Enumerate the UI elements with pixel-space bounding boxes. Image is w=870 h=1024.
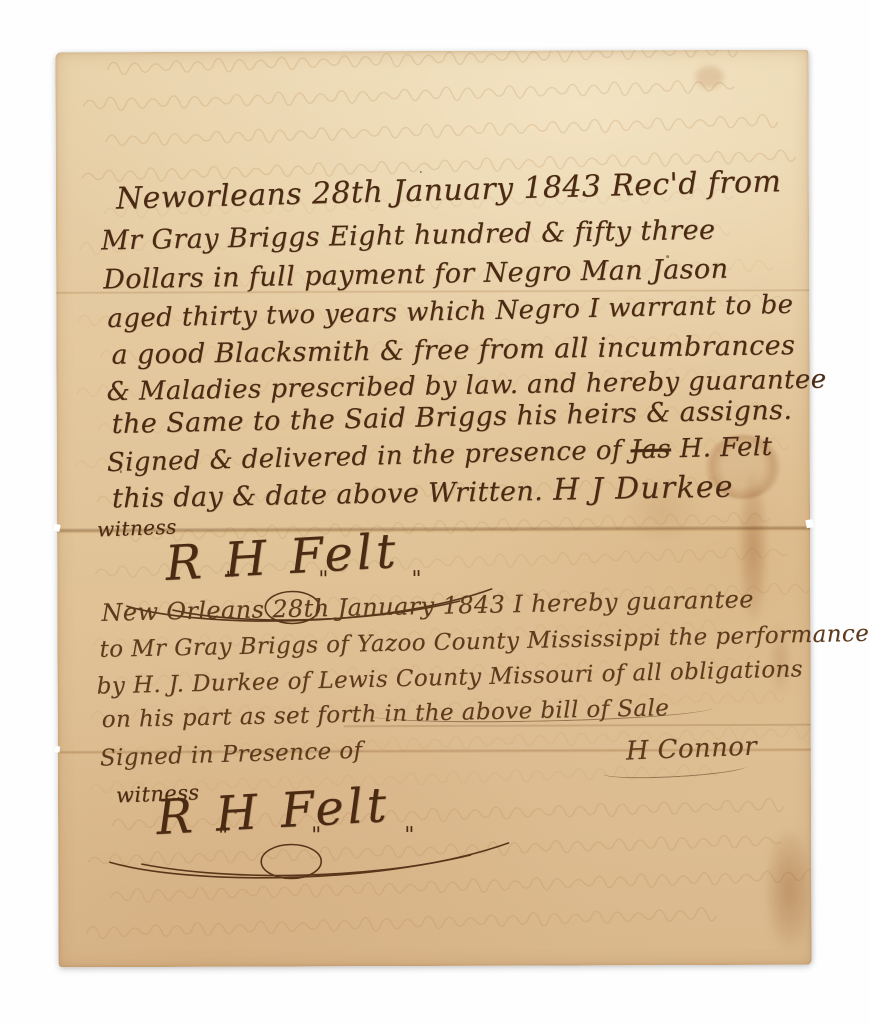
signature-ditto-marks: " " " [225,567,459,593]
photo-background: Neworleans 28th January 1843 Rec'd from … [0,0,870,1024]
signature-rh-felt: R H Felt " " " [165,529,399,586]
struck-text: Jas [630,434,671,465]
signature-hj-durkee: H J Durkee [553,470,734,508]
document-paper: Neworleans 28th January 1843 Rec'd from … [55,50,811,968]
signature-rh-felt: R H Felt " " " [156,783,390,840]
paper-tear-notch [54,746,60,753]
line-text: H. Felt [671,432,773,464]
paper-tear-notch [805,519,813,528]
line-text: this day & date above Written. [112,476,544,515]
signature-ditto-marks: " " " [218,823,452,849]
